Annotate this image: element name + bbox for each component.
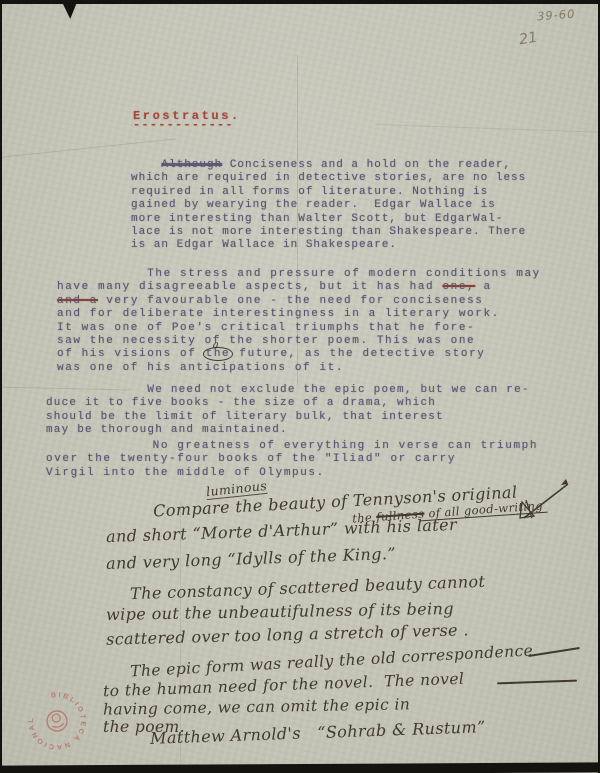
text-segment: lace is not more interesting than Shakes…: [131, 226, 526, 238]
typed-line: The stress and pressure of modern condit…: [57, 268, 541, 281]
typed-line: have many disagreeable aspects, but it h…: [57, 281, 541, 294]
typed-line: Virgil into the middle of Olympus.: [46, 467, 538, 480]
text-segment: of his visions of: [57, 348, 205, 360]
paper-tear-notch: [62, 2, 77, 19]
text-segment: saw the necessity of the shorter poem. T…: [57, 335, 475, 347]
text-segment: and for deliberate interestingness in a …: [57, 308, 500, 320]
text-segment: Conciseness and a hold on the reader,: [222, 159, 511, 171]
scanned-document: 39-60 21 Erostratus. ------------ Althou…: [0, 0, 600, 773]
text-segment: Matthew Arnold's “Sohrab & Rustum”: [150, 717, 486, 748]
typed-paragraph-3: We need not exclude the epic poem, but w…: [46, 384, 530, 438]
text-segment: scattered over too long a stretch of ver…: [106, 620, 469, 648]
typed-line: It was one of Poe's critical triumphs th…: [57, 322, 541, 335]
text-segment: is an Edgar Wallace in Shakespeare.: [131, 239, 397, 251]
typed-line: was one of his anticipations of it.: [57, 362, 541, 375]
typed-line: should be the limit of literary bulk, th…: [46, 411, 530, 424]
typed-line: of his visions of thea future, as the de…: [57, 348, 541, 361]
scan-edge-top: [0, 0, 600, 4]
text-segment: have many disagreeable aspects, but it h…: [57, 281, 442, 293]
typed-line: lace is not more interesting than Shakes…: [131, 226, 526, 239]
typed-line: and for deliberate interestingness in a …: [57, 308, 541, 321]
typed-line: is an Edgar Wallace in Shakespeare.: [131, 239, 526, 252]
typed-paragraph-2: The stress and pressure of modern condit…: [57, 268, 541, 375]
title-underline: ------------: [133, 118, 234, 132]
pencil-page-number: 21: [517, 30, 538, 49]
text-segment: [131, 159, 161, 171]
text-segment: very favourable one - the need for conci…: [98, 295, 483, 307]
paper-crease: [375, 124, 600, 133]
library-stamp: BIBLIOTECA NACIONAL: [19, 683, 94, 758]
text-segment: We need not exclude the epic poem, but w…: [46, 384, 530, 396]
paper-sheet: 39-60 21 Erostratus. ------------ Althou…: [0, 0, 600, 773]
typed-line: may be thorough and maintained.: [46, 424, 530, 437]
text-segment: It was one of Poe's critical triumphs th…: [57, 322, 475, 334]
edited-text-xover: Although: [161, 159, 222, 171]
text-segment: required in all forms of literature. Not…: [131, 186, 488, 198]
handwritten-line-5: and very long “Idylls of the King.”: [106, 544, 396, 573]
typed-line: Although Conciseness and a hold on the r…: [131, 159, 526, 172]
typed-paragraph-4: No greatness of everything in verse can …: [46, 440, 538, 480]
typed-line: gained by wearying the reader. Edgar Wal…: [131, 199, 526, 212]
typed-line: required in all forms of literature. Not…: [131, 186, 526, 199]
pencil-reference-number: 39-60: [536, 7, 575, 24]
text-segment: should be the limit of literary bulk, th…: [46, 411, 444, 423]
text-segment: may be thorough and maintained.: [46, 424, 288, 436]
text-segment: which are required in detective stories,…: [131, 172, 526, 184]
text-segment: a: [475, 281, 491, 293]
handwritten-line-7: wipe out the unbeautifulness of its bein…: [106, 599, 454, 624]
edited-text-circle: thea: [203, 347, 234, 361]
ink-stroke: [497, 680, 577, 684]
handwritten-line-11: having come, we can omit the epic in: [103, 695, 410, 718]
text-segment: future, as the detective story: [231, 348, 485, 360]
text-segment: and very long “Idylls of the King.”: [106, 544, 396, 573]
typed-line: more interesting than Walter Scott, but …: [131, 213, 526, 226]
scan-edge-bottom: [0, 762, 600, 773]
svg-text:BIBLIOTECA NACIONAL: BIBLIOTECA NACIONAL: [22, 686, 93, 757]
text-segment: No greatness of everything in verse can …: [46, 440, 538, 452]
text-segment: duce it to five books - the size of a dr…: [46, 397, 436, 409]
typed-line: We need not exclude the epic poem, but w…: [46, 384, 530, 397]
text-segment: Virgil into the middle of Olympus.: [46, 467, 325, 479]
insertion-arrow-icon: [518, 472, 582, 524]
text-segment: having come, we can omit the epic in: [103, 695, 410, 718]
edited-text-strike-red: one,: [442, 281, 475, 293]
typed-line: which are required in detective stories,…: [131, 172, 526, 185]
text-segment: gained by wearying the reader. Edgar Wal…: [131, 199, 496, 211]
paper-crease: [0, 138, 177, 158]
scan-edge-left: [0, 0, 2, 773]
typed-paragraph-1: Although Conciseness and a hold on the r…: [131, 159, 526, 253]
text-segment: over the twenty-four books of the "Iliad…: [46, 453, 456, 465]
typed-line: duce it to five books - the size of a dr…: [46, 397, 530, 410]
handwritten-correction-note: a: [213, 339, 221, 352]
text-segment: was one of his anticipations of it.: [57, 362, 344, 374]
typed-line: and a very favourable one - the need for…: [57, 295, 541, 308]
handwritten-line-8: scattered over too long a stretch of ver…: [106, 620, 469, 648]
typed-line: saw the necessity of the shorter poem. T…: [57, 335, 541, 348]
text-segment: more interesting than Walter Scott, but …: [131, 213, 503, 225]
stamp-text: BIBLIOTECA NACIONAL: [22, 686, 93, 757]
text-segment: The stress and pressure of modern condit…: [57, 268, 541, 280]
typed-line: No greatness of everything in verse can …: [46, 440, 538, 453]
edited-text-strike-red: and a: [57, 295, 98, 307]
ink-stroke: [528, 647, 580, 657]
handwritten-line-13: Matthew Arnold's “Sohrab & Rustum”: [150, 717, 486, 748]
typed-line: over the twenty-four books of the "Iliad…: [46, 453, 538, 466]
text-segment: wipe out the unbeautifulness of its bein…: [106, 599, 454, 624]
